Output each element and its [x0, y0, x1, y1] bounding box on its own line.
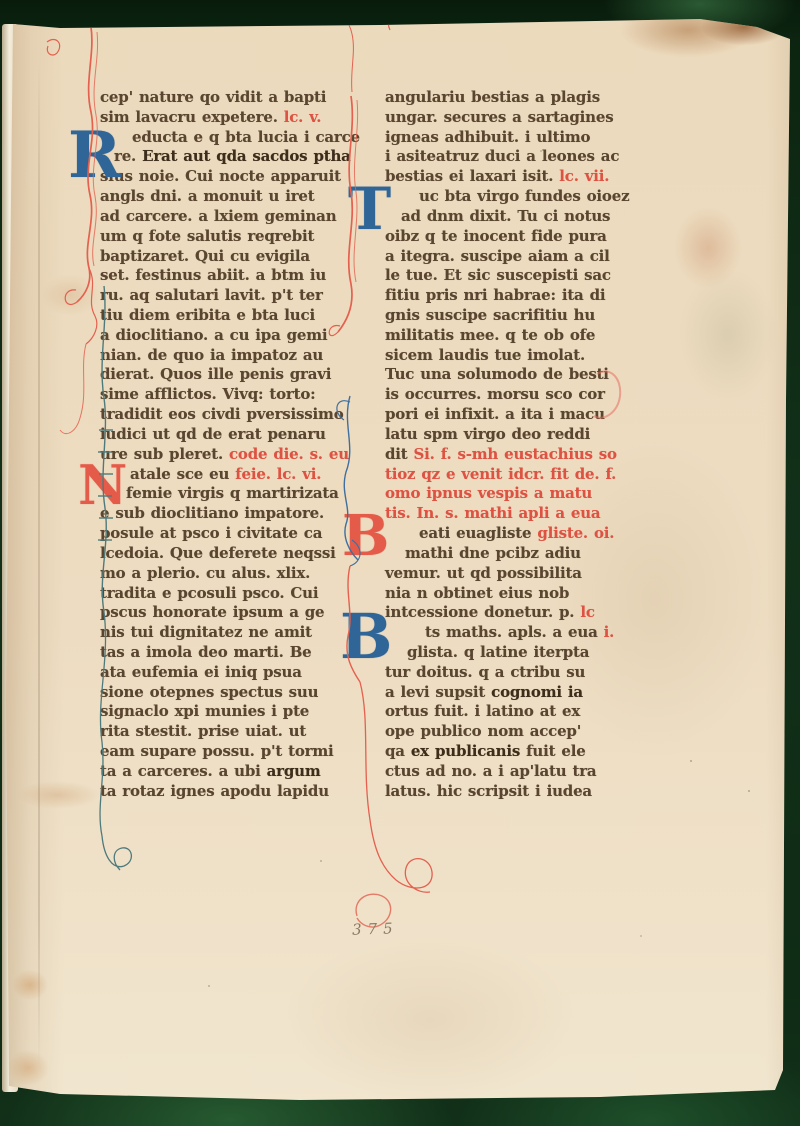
body-text: femie virgis q martirizata: [126, 484, 339, 502]
rubric-text: i.: [604, 623, 615, 641]
body-text: bestias ei laxari isit.: [385, 167, 559, 185]
text-line: lcedoia. Que deferete neqssi: [100, 544, 336, 564]
body-text: uc bta virgo fundes oioez: [419, 187, 629, 205]
body-text: ts maths. apls. a eua: [425, 623, 604, 641]
body-text: intcessione donetur. p.: [385, 603, 580, 621]
body-text: oibz q te inocent fide pura: [385, 227, 607, 245]
body-text: pscus honorate ipsum a ge: [100, 603, 324, 621]
body-text: mathi dne pcibz adiu: [405, 544, 581, 562]
body-text: argum: [267, 762, 321, 780]
body-text: ta a carceres. a ubi: [100, 762, 267, 780]
body-text: um q fote salutis reqrebit: [100, 227, 314, 245]
body-text: set. festinus abiit. a btm iu: [100, 266, 326, 284]
body-text: latu spm virgo deo reddi: [385, 425, 590, 443]
text-line: a dioclitiano. a cu ipa gemi: [100, 326, 327, 346]
body-text: dit: [385, 445, 414, 463]
body-text: rita stestit. prise uiat. ut: [100, 722, 306, 740]
text-line: tradita e pcosuli psco. Cui: [100, 584, 318, 604]
body-text: glista. q latine iterpta: [407, 643, 589, 661]
body-text: tur doitus. q a ctribu su: [385, 663, 585, 681]
body-text: fuit ele: [520, 742, 585, 760]
text-line: a levi supsit cognomi ia: [385, 683, 583, 703]
body-text: educta e q bta lucia i carce: [132, 128, 360, 146]
text-line: fitiu pris nri habrae: ita di: [385, 286, 605, 306]
body-text: a dioclitiano. a cu ipa gemi: [100, 326, 327, 344]
text-line: sicem laudis tue imolat.: [385, 346, 585, 366]
illuminated-initial-R: R: [68, 126, 121, 187]
body-text: dierat. Quos ille penis gravi: [100, 365, 331, 383]
body-text: ope publico nom accep': [385, 722, 581, 740]
illuminated-initial-B: B: [342, 510, 389, 563]
text-line: ru. aq salutari lavit. p't ter: [100, 286, 323, 306]
text-line: re. Erat aut qda sacdos ptha: [114, 147, 351, 167]
text-line: cep' nature qo vidit a bapti: [100, 88, 326, 108]
text-line: sione otepnes spectus suu: [100, 683, 318, 703]
text-line: nis tui dignitatez ne amit: [100, 623, 312, 643]
text-line: tradidit eos civdi pversissimo: [100, 405, 344, 425]
text-line: femie virgis q martirizata: [126, 484, 339, 504]
parchment-crease: [38, 60, 40, 1070]
rubric-text: Si. f. s-mh eustachius so: [414, 445, 617, 463]
body-text: eam supare possu. p't tormi: [100, 742, 334, 760]
body-text: cep' nature qo vidit a bapti: [100, 88, 326, 106]
body-text: atale sce eu: [130, 465, 235, 483]
body-text: is occurres. morsu sco cor: [385, 385, 605, 403]
text-line: nia n obtinet eius nob: [385, 584, 569, 604]
text-line: omo ipnus vespis a matu: [385, 484, 592, 504]
body-text: sius noie. Cui nocte apparuit: [100, 167, 341, 185]
text-line: ata eufemia ei iniq psua: [100, 663, 302, 683]
text-line: sime afflictos. Vivq: torto:: [100, 385, 316, 405]
rubric-text: tioz qz e venit idcr. fit de. f.: [385, 465, 616, 483]
text-line: militatis mee. q te ob ofe: [385, 326, 595, 346]
text-line: tur doitus. q a ctribu su: [385, 663, 585, 683]
body-text: iudici ut qd de erat penaru: [100, 425, 326, 443]
illuminated-initial-B: B: [340, 608, 392, 667]
body-text: ta rotaz ignes apodu lapidu: [100, 782, 329, 800]
body-text: Erat aut qda sacdos ptha: [142, 147, 351, 165]
text-line: signaclo xpi munies i pte: [100, 702, 309, 722]
text-line: a itegra. suscipe aiam a cil: [385, 247, 610, 267]
text-line: ta a carceres. a ubi argum: [100, 762, 321, 782]
text-line: ope publico nom accep': [385, 722, 581, 742]
text-line: sim lavacru expetere. lc. v.: [100, 108, 321, 128]
ink-specks: [0, 0, 2, 2]
illuminated-initial-T: T: [348, 182, 391, 237]
text-line: oibz q te inocent fide pura: [385, 227, 607, 247]
text-line: intcessione donetur. p. lc: [385, 603, 595, 623]
body-text: sione otepnes spectus suu: [100, 683, 318, 701]
body-text: gnis suscipe sacrifitiu hu: [385, 306, 595, 324]
body-text: angls dni. a monuit u iret: [100, 187, 315, 205]
body-text: tradita e pcosuli psco. Cui: [100, 584, 318, 602]
body-text: signaclo xpi munies i pte: [100, 702, 309, 720]
body-text: qa: [385, 742, 411, 760]
text-line: atale sce eu feie. lc. vi.: [130, 465, 321, 485]
rubric-text: feie. lc. vi.: [235, 465, 321, 483]
text-line: iudici ut qd de erat penaru: [100, 425, 326, 445]
penwork-red-left: [47, 11, 103, 434]
text-line: educta e q bta lucia i carce: [132, 128, 360, 148]
text-line: tas a imola deo marti. Be: [100, 643, 312, 663]
body-text: Tuc una solumodo de besti: [385, 365, 609, 383]
body-text: tas a imola deo marti. Be: [100, 643, 312, 661]
rubric-text: lc. vii.: [559, 167, 609, 185]
rubric-text: tis. In. s. mathi apli a eua: [385, 504, 600, 522]
text-line: ctus ad no. a i ap'latu tra: [385, 762, 596, 782]
text-line: ungar. secures a sartagines: [385, 108, 613, 128]
text-line: tiu diem eribita e bta luci: [100, 306, 315, 326]
body-text: sime afflictos. Vivq: torto:: [100, 385, 316, 403]
text-line: baptizaret. Qui cu evigila: [100, 247, 310, 267]
body-text: sim lavacru expetere.: [100, 108, 284, 126]
rubric-text: lc. v.: [284, 108, 322, 126]
body-text: vemur. ut qd possibilita: [385, 564, 582, 582]
text-line: set. festinus abiit. a btm iu: [100, 266, 326, 286]
illuminated-initial-N: N: [78, 460, 127, 511]
body-text: ata eufemia ei iniq psua: [100, 663, 302, 681]
text-column-right: angulariu bestias a plagisungar. secures…: [385, 88, 653, 808]
text-line: tis. In. s. mathi apli a eua: [385, 504, 600, 524]
text-line: is occurres. morsu sco cor: [385, 385, 605, 405]
manuscript-page: cep' nature qo vidit a baptisim lavacru …: [0, 0, 800, 1126]
text-line: ad carcere. a lxiem geminan: [100, 207, 336, 227]
body-text: a levi supsit: [385, 683, 491, 701]
body-text: mo a plerio. cu alus. xlix.: [100, 564, 310, 582]
text-line: glista. q latine iterpta: [407, 643, 589, 663]
body-text: e sub dioclitiano impatore.: [100, 504, 324, 522]
body-text: pori ei infixit. a ita i macu: [385, 405, 605, 423]
rubric-text: code die. s. eu: [229, 445, 349, 463]
rubric-text: gliste. oi.: [537, 524, 614, 542]
body-text: a itegra. suscipe aiam a cil: [385, 247, 610, 265]
body-text: sicem laudis tue imolat.: [385, 346, 585, 364]
body-text: i asiteatruz duci a leones ac: [385, 147, 619, 165]
text-line: eati euagliste gliste. oi.: [419, 524, 614, 544]
body-text: ru. aq salutari lavit. p't ter: [100, 286, 323, 304]
folio-number: 375: [352, 919, 399, 939]
text-line: i asiteatruz duci a leones ac: [385, 147, 619, 167]
body-text: igneas adhibuit. i ultimo: [385, 128, 590, 146]
text-line: latus. hic scripsit i iudea: [385, 782, 592, 802]
body-text: nian. de quo ia impatoz au: [100, 346, 323, 364]
body-text: tiu diem eribita e bta luci: [100, 306, 315, 324]
text-line: rita stestit. prise uiat. ut: [100, 722, 306, 742]
text-line: eam supare possu. p't tormi: [100, 742, 334, 762]
text-line: mo a plerio. cu alus. xlix.: [100, 564, 310, 584]
text-line: ta rotaz ignes apodu lapidu: [100, 782, 329, 802]
text-line: gnis suscipe sacrifitiu hu: [385, 306, 595, 326]
text-line: Tuc una solumodo de besti: [385, 365, 609, 385]
body-text: baptizaret. Qui cu evigila: [100, 247, 310, 265]
body-text: ungar. secures a sartagines: [385, 108, 613, 126]
body-text: eati euagliste: [419, 524, 537, 542]
body-text: cognomi ia: [491, 683, 583, 701]
text-line: le tue. Et sic suscepisti sac: [385, 266, 611, 286]
text-line: ad dnm dixit. Tu ci notus: [401, 207, 610, 227]
body-text: nia n obtinet eius nob: [385, 584, 569, 602]
text-line: nian. de quo ia impatoz au: [100, 346, 323, 366]
text-line: ure sub pleret. code die. s. eu: [100, 445, 349, 465]
body-text: ortus fuit. i latino at ex: [385, 702, 580, 720]
text-line: ortus fuit. i latino at ex: [385, 702, 580, 722]
book-photo-background: cep' nature qo vidit a baptisim lavacru …: [0, 0, 800, 1126]
text-line: bestias ei laxari isit. lc. vii.: [385, 167, 609, 187]
text-line: vemur. ut qd possibilita: [385, 564, 582, 584]
text-line: e sub dioclitiano impatore.: [100, 504, 324, 524]
text-line: dierat. Quos ille penis gravi: [100, 365, 331, 385]
body-text: posule at psco i civitate ca: [100, 524, 322, 542]
body-text: nis tui dignitatez ne amit: [100, 623, 312, 641]
text-line: posule at psco i civitate ca: [100, 524, 322, 544]
text-line: mathi dne pcibz adiu: [405, 544, 581, 564]
text-line: qa ex publicanis fuit ele: [385, 742, 586, 762]
body-text: le tue. Et sic suscepisti sac: [385, 266, 611, 284]
body-text: lcedoia. Que deferete neqssi: [100, 544, 336, 562]
body-text: ad carcere. a lxiem geminan: [100, 207, 336, 225]
body-text: latus. hic scripsit i iudea: [385, 782, 592, 800]
body-text: ex publicanis: [411, 742, 520, 760]
text-line: sius noie. Cui nocte apparuit: [100, 167, 341, 187]
text-line: pori ei infixit. a ita i macu: [385, 405, 605, 425]
body-text: angulariu bestias a plagis: [385, 88, 600, 106]
text-line: angulariu bestias a plagis: [385, 88, 600, 108]
text-line: igneas adhibuit. i ultimo: [385, 128, 590, 148]
rubric-text: lc: [580, 603, 594, 621]
body-text: militatis mee. q te ob ofe: [385, 326, 595, 344]
body-text: ctus ad no. a i ap'latu tra: [385, 762, 596, 780]
text-line: pscus honorate ipsum a ge: [100, 603, 324, 623]
body-text: tradidit eos civdi pversissimo: [100, 405, 344, 423]
rubric-text: omo ipnus vespis a matu: [385, 484, 592, 502]
text-line: dit Si. f. s-mh eustachius so: [385, 445, 617, 465]
text-line: latu spm virgo deo reddi: [385, 425, 590, 445]
text-line: angls dni. a monuit u iret: [100, 187, 315, 207]
body-text: ad dnm dixit. Tu ci notus: [401, 207, 610, 225]
body-text: fitiu pris nri habrae: ita di: [385, 286, 605, 304]
text-line: uc bta virgo fundes oioez: [419, 187, 629, 207]
text-column-left: cep' nature qo vidit a baptisim lavacru …: [100, 88, 368, 808]
text-line: um q fote salutis reqrebit: [100, 227, 314, 247]
text-line: ts maths. apls. a eua i.: [425, 623, 614, 643]
text-line: tioz qz e venit idcr. fit de. f.: [385, 465, 616, 485]
